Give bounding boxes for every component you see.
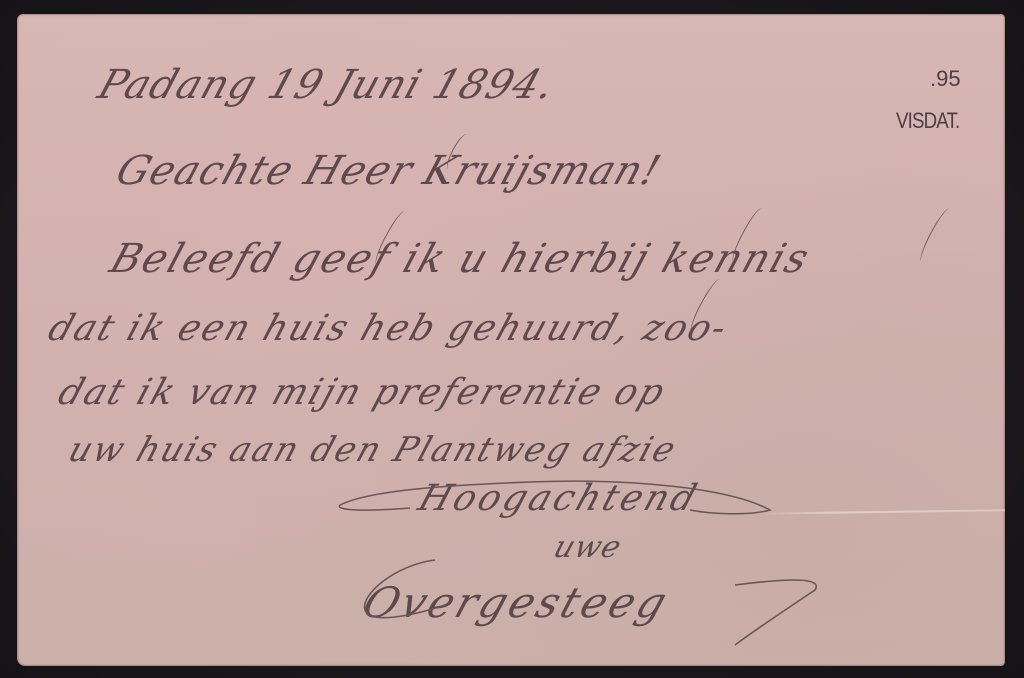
signature: Overgesteeg: [357, 578, 676, 627]
pencil-price-note: .95: [930, 66, 961, 92]
closing-uwe: uwe: [549, 530, 626, 565]
card-crease: [757, 509, 1005, 514]
body-line-3: dat ik van mijn preferentie op: [53, 372, 671, 413]
dateline: Padang 19 Juni 1894.: [93, 62, 562, 108]
body-line-2: dat ik een huis heb gehuurd, zoo-: [43, 308, 733, 349]
body-line-4: uw huis aan den Plantweg afzie: [64, 430, 683, 470]
salutation: Geachte Heer Kruijsman!: [111, 148, 667, 194]
body-line-1: Beleefd geef ik u hierbij kennis: [105, 236, 817, 282]
closing: Hoogachtend: [413, 478, 704, 519]
pencil-label-note: VISDAT.: [896, 108, 959, 134]
